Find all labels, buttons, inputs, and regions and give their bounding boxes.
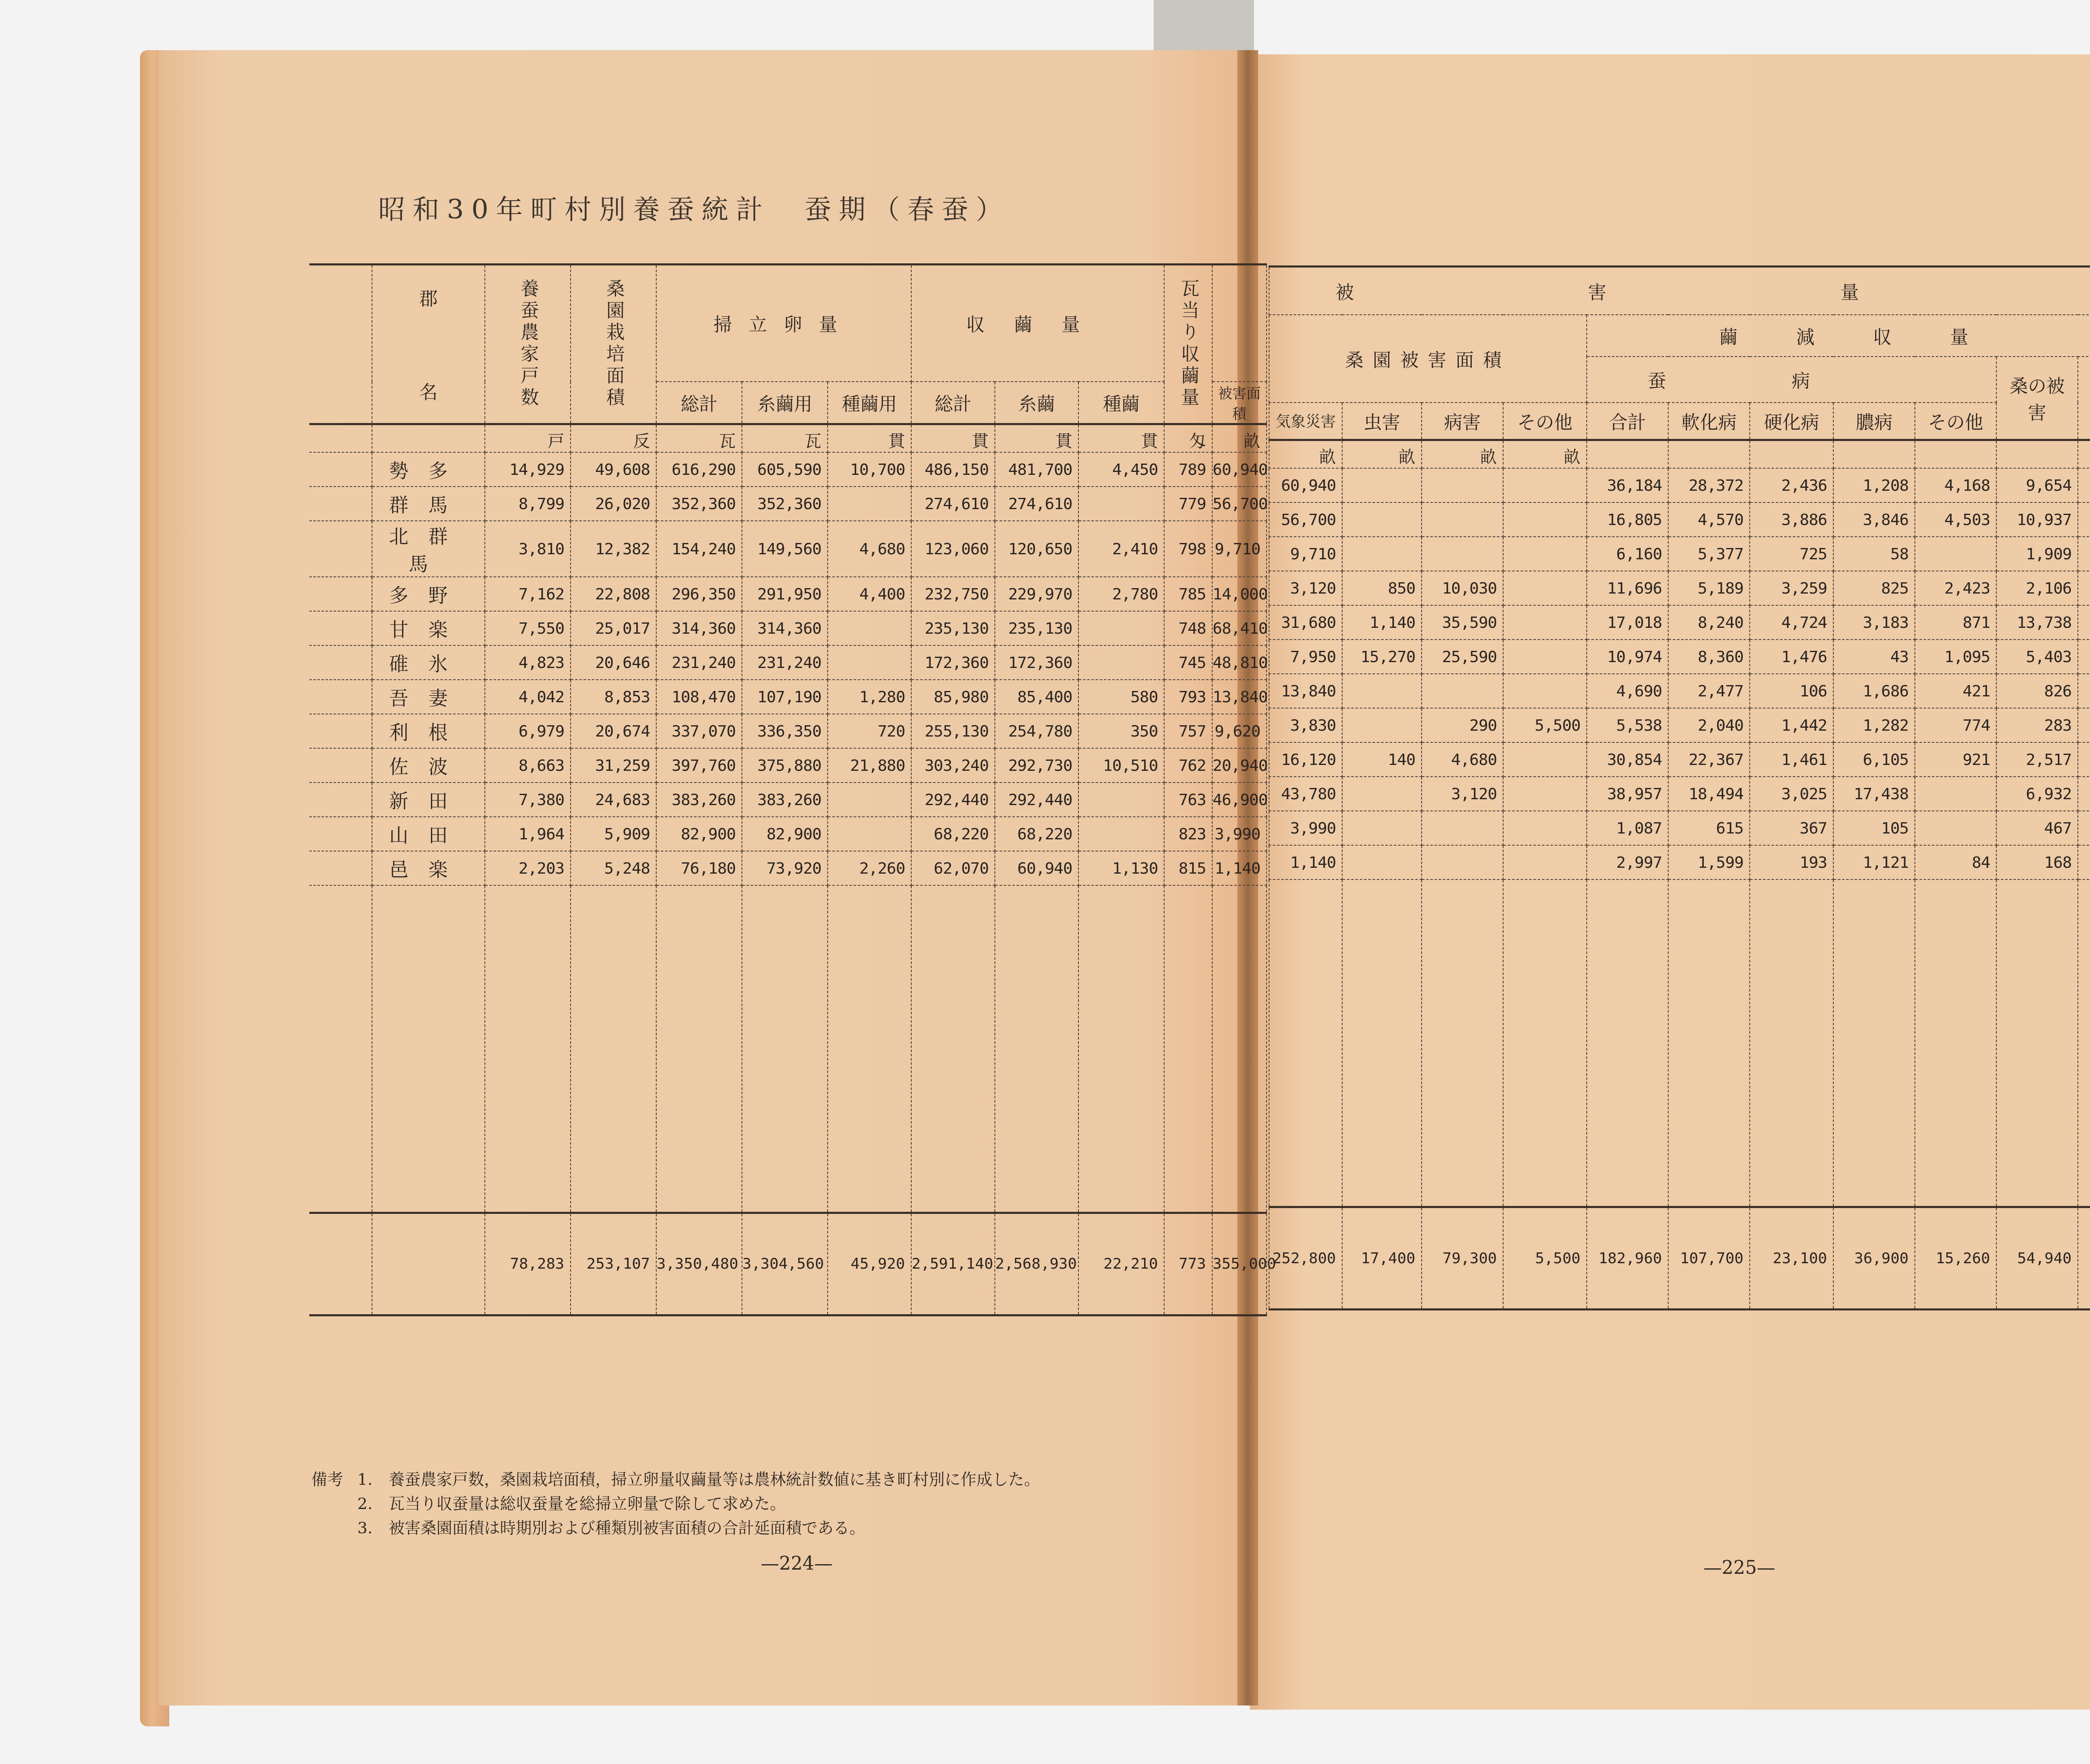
cell-value: 850	[1342, 571, 1422, 605]
header-egg-seed: 種繭用	[828, 382, 911, 424]
cell-value: 3,120	[1422, 777, 1503, 811]
units-row: 畝 畝 畝 畝	[1269, 440, 2090, 469]
cell-value: 763	[1164, 783, 1212, 817]
cell-value: 2,040	[1668, 708, 1750, 742]
unit: 貫	[1078, 424, 1164, 452]
cell-value: 22,808	[571, 577, 656, 611]
cell-value: 18,494	[1668, 777, 1750, 811]
cell-value: 1,140	[1342, 605, 1422, 640]
cell-value: 748	[1164, 611, 1212, 645]
cell-value: 60,940	[1269, 468, 1342, 502]
cell-value: 68,410	[1212, 611, 1267, 645]
footnote-1: 備考 1. 養蚕農家戸数，桑園栽培面積，掃立卵量収繭量等は農林統計数値に基き町村…	[311, 1467, 1040, 1491]
cell-value	[1503, 640, 1587, 674]
cell-value: 13,840	[1212, 680, 1267, 714]
cell-value: 27,742	[2078, 502, 2090, 537]
cell-value: 7,162	[485, 577, 571, 611]
cell-value	[1422, 502, 1503, 537]
table-row: 3,9901,0876153671054671,554	[1269, 811, 2090, 845]
cell-value: 45,838	[2078, 468, 2090, 502]
cell-value: 826	[1996, 674, 2078, 708]
cell-value: 352,360	[656, 487, 742, 521]
cell-value	[1422, 674, 1503, 708]
cell-value	[1915, 537, 1996, 571]
cell-value	[1915, 811, 1996, 845]
cell-value	[1078, 817, 1164, 851]
cell-value: 4,724	[1750, 605, 1833, 640]
district-name: 碓氷	[372, 645, 485, 680]
cell-value	[1503, 674, 1587, 708]
district-name: 利根	[372, 714, 485, 748]
unit: 畝	[1269, 440, 1342, 469]
table-row: 9,7106,1605,377725581,9098,069	[1269, 537, 2090, 571]
cell-value: 1,476	[1750, 640, 1833, 674]
cell-value: 193	[1750, 845, 1833, 879]
cell-value: 16,120	[1269, 742, 1342, 777]
cell-value: 16,377	[2078, 640, 2090, 674]
cell-value: 76,180	[656, 851, 742, 885]
cell-value	[1503, 502, 1587, 537]
cell-value: 10,030	[1422, 571, 1503, 605]
cell-value: 815	[1164, 851, 1212, 885]
cell-value	[1078, 611, 1164, 645]
cell-value: 85,400	[995, 680, 1078, 714]
cell-value: 292,730	[995, 748, 1078, 783]
table-row: 邑楽2,2035,24876,18073,9202,26062,07060,94…	[309, 851, 1267, 885]
header-insect-damage: 虫害	[1342, 403, 1422, 440]
cell-value: 11,696	[1587, 571, 1668, 605]
cell-value: 254,780	[995, 714, 1078, 748]
cell-value	[1342, 811, 1422, 845]
table-row: 3,8302905,5005,5382,0401,4421,2827742835…	[1269, 708, 2090, 742]
footnotes: 備考 1. 養蚕農家戸数，桑園栽培面積，掃立卵量収繭量等は農林統計数値に基き町村…	[311, 1467, 1040, 1540]
header-total: 計	[2078, 357, 2090, 440]
cell-value: 1,442	[1750, 708, 1833, 742]
cell-value	[1422, 537, 1503, 571]
cell-value: 274,610	[995, 487, 1078, 521]
cell-value: 336,350	[742, 714, 828, 748]
table-row: 碓氷4,82320,646231,240231,240172,360172,36…	[309, 645, 1267, 680]
cell-value: 82,900	[742, 817, 828, 851]
cell-value: 3,990	[1212, 817, 1267, 851]
cell-value	[1503, 811, 1587, 845]
header-yield-per-box: 瓦当り収繭量	[1164, 265, 1212, 424]
cell-value: 779	[1164, 487, 1212, 521]
cell-value: 235,130	[911, 611, 995, 645]
cell-value: 12,382	[571, 521, 656, 577]
cell-value: 231,240	[656, 645, 742, 680]
cell-value: 283	[1996, 708, 2078, 742]
total-value: 2,568,930	[995, 1213, 1078, 1315]
cell-value: 3,183	[1833, 605, 1915, 640]
cell-value: 4,680	[1422, 742, 1503, 777]
footnote-text: 被害桑園面積は時期別および種類別被害面積の合計延面積である。	[389, 1516, 865, 1540]
cell-value: 60,940	[995, 851, 1078, 885]
cell-value	[1422, 468, 1503, 502]
cell-value: 292,440	[911, 783, 995, 817]
cell-value: 5,403	[1996, 640, 2078, 674]
cell-value	[1503, 777, 1587, 811]
cell-value: 1,121	[1833, 845, 1915, 879]
cell-value: 4,823	[485, 645, 571, 680]
cell-value: 13,802	[2078, 571, 2090, 605]
cell-value: 1,686	[1833, 674, 1915, 708]
header-damage-blank	[1212, 265, 1267, 382]
cell-value: 5,500	[1503, 708, 1587, 742]
cell-value: 6,932	[1996, 777, 2078, 811]
header-flacherie: 軟化病	[1668, 403, 1750, 440]
cell-value: 1,282	[1833, 708, 1915, 742]
cell-value: 8,853	[571, 680, 656, 714]
cell-value: 4,570	[1668, 502, 1750, 537]
unit: 畝	[1422, 440, 1503, 469]
cell-value: 5,516	[2078, 674, 2090, 708]
cell-value: 17,018	[1587, 605, 1668, 640]
cell-value: 15,270	[1342, 640, 1422, 674]
cell-value: 3,886	[1750, 502, 1833, 537]
cell-value: 8,069	[2078, 537, 2090, 571]
cell-value: 10,510	[1078, 748, 1164, 783]
cell-value: 350	[1078, 714, 1164, 748]
cell-value: 48,810	[1212, 645, 1267, 680]
cell-value	[1078, 645, 1164, 680]
cell-value: 8,360	[1668, 640, 1750, 674]
page-number-right: —225—	[1703, 1557, 1775, 1578]
table-row: 13,8404,6902,4771061,6864218265,516	[1269, 674, 2090, 708]
cell-value	[1422, 845, 1503, 879]
cell-value	[1503, 468, 1587, 502]
cell-value	[828, 783, 911, 817]
cell-value: 314,360	[742, 611, 828, 645]
cell-value: 30,854	[1587, 742, 1668, 777]
cell-value: 14,000	[1212, 577, 1267, 611]
cell-value: 43,780	[1269, 777, 1342, 811]
table-row: 16,1201404,68030,85422,3671,4616,1059212…	[1269, 742, 2090, 777]
right-statistics-table: 被害量 収繭基準瓦当り量 桑園被害面積 繭減収量 蚕病 桑の被害 計 気象災害 …	[1269, 265, 2090, 1310]
cell-value: 4,042	[485, 680, 571, 714]
total-value: 15,260	[1915, 1207, 1996, 1310]
cell-value: 46,900	[1212, 783, 1267, 817]
cell-value: 25,017	[571, 611, 656, 645]
footnote-text: 養蚕農家戸数，桑園栽培面積，掃立卵量収繭量等は農林統計数値に基き町村別に作成した…	[389, 1467, 1040, 1491]
cell-value: 105	[1833, 811, 1915, 845]
table-row: 勢多14,92949,608616,290605,59010,700486,15…	[309, 452, 1267, 487]
table-row: 甘楽7,55025,017314,360314,360235,130235,13…	[309, 611, 1267, 645]
cell-value: 5,248	[571, 851, 656, 885]
cell-value: 45,889	[2078, 777, 2090, 811]
district-name: 勢多	[372, 452, 485, 487]
cell-value: 5,538	[1587, 708, 1668, 742]
page-number-left: —224—	[761, 1553, 833, 1574]
header-egg-silk: 糸繭用	[742, 382, 828, 424]
cell-value: 274,610	[911, 487, 995, 521]
cell-value: 290	[1422, 708, 1503, 742]
cell-value: 3,165	[2078, 845, 2090, 879]
cell-value: 60,940	[1212, 452, 1267, 487]
cell-value: 421	[1915, 674, 1996, 708]
cell-value: 762	[1164, 748, 1212, 783]
cell-value	[828, 611, 911, 645]
footnote-label: 備考	[311, 1467, 357, 1491]
cell-value: 68,220	[995, 817, 1078, 851]
cell-value: 5,821	[2078, 708, 2090, 742]
cell-value: 229,970	[995, 577, 1078, 611]
cell-value: 1,130	[1078, 851, 1164, 885]
unit: 貫	[911, 424, 995, 452]
cell-value: 1,208	[1833, 468, 1915, 502]
cell-value: 291,950	[742, 577, 828, 611]
cell-value: 4,400	[828, 577, 911, 611]
footnote-2: 2. 瓦当り収蚕量は総収蚕量を総掃立卵量で除して求めた。	[311, 1491, 1040, 1516]
units-row: 戸 反 瓦 瓦 貫 貫 貫 貫 匁 畝	[309, 424, 1267, 452]
table-row: 7,95015,27025,59010,9748,3601,476431,095…	[1269, 640, 2090, 674]
cell-value: 8,799	[485, 487, 571, 521]
cell-value: 35,590	[1422, 605, 1503, 640]
cell-value: 1,964	[485, 817, 571, 851]
cell-value: 120,650	[995, 521, 1078, 577]
cell-value: 231,240	[742, 645, 828, 680]
cell-value: 823	[1164, 817, 1212, 851]
header-mulberry-damage: 桑の被害	[1996, 357, 2078, 440]
district-name: 甘楽	[372, 611, 485, 645]
cell-value	[1342, 845, 1422, 879]
cell-value	[828, 487, 911, 521]
cell-value: 296,350	[656, 577, 742, 611]
district-name: 群馬	[372, 487, 485, 521]
cell-value: 292,440	[995, 783, 1078, 817]
table-row: 山田1,9645,90982,90082,90068,22068,2208233…	[309, 817, 1267, 851]
cell-value: 154,240	[656, 521, 742, 577]
cell-value: 3,830	[1269, 708, 1342, 742]
cell-value: 30,756	[2078, 605, 2090, 640]
cell-value: 172,360	[911, 645, 995, 680]
cell-value: 337,070	[656, 714, 742, 748]
cell-value: 235,130	[995, 611, 1078, 645]
header-egg-total: 総計	[656, 382, 742, 424]
cell-value: 8,240	[1668, 605, 1750, 640]
cell-value: 6,105	[1833, 742, 1915, 777]
cell-value: 2,780	[1078, 577, 1164, 611]
table-row: 群馬8,79926,020352,360352,360274,610274,61…	[309, 487, 1267, 521]
district-name: 山田	[372, 817, 485, 851]
header-cocoon-silk: 糸繭	[995, 382, 1078, 424]
cell-value	[1342, 468, 1422, 502]
unit: 貫	[995, 424, 1078, 452]
table-row: 新田7,38024,683383,260383,260292,440292,44…	[309, 783, 1267, 817]
cell-value: 5,189	[1668, 571, 1750, 605]
header-grasserie: 膿病	[1833, 403, 1915, 440]
cell-value: 31,680	[1269, 605, 1342, 640]
unit: 瓦	[656, 424, 742, 452]
cell-value: 56,700	[1269, 502, 1342, 537]
cell-value: 383,260	[656, 783, 742, 817]
cell-value: 3,846	[1833, 502, 1915, 537]
cell-value: 3,025	[1750, 777, 1833, 811]
cell-value: 20,646	[571, 645, 656, 680]
cell-value: 33,371	[2078, 742, 2090, 777]
cell-value: 22,367	[1668, 742, 1750, 777]
cell-value: 20,940	[1212, 748, 1267, 783]
left-margin-cell	[309, 265, 372, 424]
header-disease-group: 蚕病	[1587, 357, 1996, 403]
cell-value: 486,150	[911, 452, 995, 487]
district-name: 北群馬	[372, 521, 485, 577]
unit: 畝	[1342, 440, 1422, 469]
total-value: 23,100	[1750, 1207, 1833, 1310]
cell-value	[1078, 783, 1164, 817]
header-cocoon-seed: 種繭	[1078, 382, 1164, 424]
cell-value: 785	[1164, 577, 1212, 611]
cell-value: 9,710	[1269, 537, 1342, 571]
district-name: 新田	[372, 783, 485, 817]
cell-value: 793	[1164, 680, 1212, 714]
header-damage-area: 被害面積	[1212, 382, 1267, 424]
unit: 貫	[828, 424, 911, 452]
total-value: 252,800	[1269, 1207, 1342, 1310]
header-district-top: 郡	[372, 284, 484, 311]
total-value: 253,107	[571, 1213, 656, 1315]
cell-value: 85,980	[911, 680, 995, 714]
table-row: 1,1402,9971,5991931,121841683,165	[1269, 845, 2090, 879]
cell-value: 25,590	[1422, 640, 1503, 674]
cell-value	[1503, 742, 1587, 777]
cell-value: 375,880	[742, 748, 828, 783]
cell-value: 1,599	[1668, 845, 1750, 879]
cell-value: 172,360	[995, 645, 1078, 680]
cell-value: 4,503	[1915, 502, 1996, 537]
header-households: 養蚕農家戸数	[485, 265, 571, 424]
scanner-background	[1154, 0, 1254, 59]
total-value: 54,940	[1996, 1207, 2078, 1310]
left-statistics-table: 郡 名 養蚕農家戸数 桑園栽培面積 掃立卵量 収繭量 瓦当り収繭量 総計 糸繭用…	[309, 263, 1267, 1316]
cell-value: 2,106	[1996, 571, 2078, 605]
cell-value: 4,680	[828, 521, 911, 577]
cell-value: 123,060	[911, 521, 995, 577]
cell-value	[1503, 537, 1587, 571]
cell-value: 9,654	[1996, 468, 2078, 502]
cell-value: 2,436	[1750, 468, 1833, 502]
cell-value: 4,450	[1078, 452, 1164, 487]
cell-value: 149,560	[742, 521, 828, 577]
totals-row: 78,283253,1073,350,4803,304,56045,9202,5…	[309, 1213, 1267, 1315]
footnote-3: 3. 被害桑園面積は時期別および種類別被害面積の合計延面積である。	[311, 1516, 1040, 1540]
footnote-text: 瓦当り収蚕量は総収蚕量を総掃立卵量で除して求めた。	[389, 1491, 786, 1516]
cell-value: 2,517	[1996, 742, 2078, 777]
cell-value: 14,929	[485, 452, 571, 487]
cell-value: 615	[1668, 811, 1750, 845]
cell-value: 383,260	[742, 783, 828, 817]
cell-value: 26,020	[571, 487, 656, 521]
cell-value: 1,554	[2078, 811, 2090, 845]
unit: 畝	[1503, 440, 1587, 469]
cell-value: 367	[1750, 811, 1833, 845]
cell-value: 314,360	[656, 611, 742, 645]
total-value: 45,920	[828, 1213, 911, 1315]
total-value: 36,900	[1833, 1207, 1915, 1310]
cell-value	[1503, 571, 1587, 605]
cell-value: 2,410	[1078, 521, 1164, 577]
cell-value: 9,710	[1212, 521, 1267, 577]
unit: 戸	[485, 424, 571, 452]
cell-value: 1,909	[1996, 537, 2078, 571]
cell-value: 1,140	[1269, 845, 1342, 879]
cell-value: 616,290	[656, 452, 742, 487]
district-name: 佐波	[372, 748, 485, 783]
cell-value: 5,377	[1668, 537, 1750, 571]
cell-value: 481,700	[995, 452, 1078, 487]
total-value: 3,350,480	[656, 1213, 742, 1315]
cell-value: 745	[1164, 645, 1212, 680]
table-row: 利根6,97920,674337,070336,350720255,130254…	[309, 714, 1267, 748]
header-weather-damage: 気象災害	[1269, 403, 1342, 440]
district-name: 邑楽	[372, 851, 485, 885]
header-cocoon-group: 収繭量	[911, 265, 1164, 382]
cell-value: 467	[1996, 811, 2078, 845]
cell-value: 352,360	[742, 487, 828, 521]
total-value: 355,000	[1212, 1213, 1267, 1315]
table-row: 佐波8,66331,259397,760375,88021,880303,240…	[309, 748, 1267, 783]
cell-value: 7,550	[485, 611, 571, 645]
cell-value: 5,909	[571, 817, 656, 851]
cell-value: 2,997	[1587, 845, 1668, 879]
cell-value: 6,979	[485, 714, 571, 748]
cell-value: 1,087	[1587, 811, 1668, 845]
table-row: 56,70016,8054,5703,8863,8464,50310,93727…	[1269, 502, 2090, 537]
cell-value: 871	[1915, 605, 1996, 640]
unit: 反	[571, 424, 656, 452]
cell-value: 255,130	[911, 714, 995, 748]
cell-value: 798	[1164, 521, 1212, 577]
cell-value	[1915, 777, 1996, 811]
cell-value	[828, 645, 911, 680]
header-disease-total: 合計	[1587, 403, 1668, 440]
cell-value: 1,140	[1212, 851, 1267, 885]
cell-value: 10,937	[1996, 502, 2078, 537]
table-row: 吾妻4,0428,853108,470107,1901,28085,98085,…	[309, 680, 1267, 714]
cell-value	[1342, 537, 1422, 571]
cell-value: 58	[1833, 537, 1915, 571]
cell-value: 774	[1915, 708, 1996, 742]
cell-value: 921	[1915, 742, 1996, 777]
total-value: 17,400	[1342, 1207, 1422, 1310]
table-row: 多野7,16222,808296,350291,9504,400232,7502…	[309, 577, 1267, 611]
cell-value: 1,461	[1750, 742, 1833, 777]
cell-value: 84	[1915, 845, 1996, 879]
header-loss-group: 繭減収量	[1587, 315, 2090, 357]
cell-value: 2,203	[485, 851, 571, 885]
cell-value: 605,590	[742, 452, 828, 487]
cell-value: 28,372	[1668, 468, 1750, 502]
cell-value	[1078, 487, 1164, 521]
cell-value: 73,920	[742, 851, 828, 885]
total-value: 22,210	[1078, 1213, 1164, 1315]
cell-value: 56,700	[1212, 487, 1267, 521]
cell-value: 9,620	[1212, 714, 1267, 748]
district-name: 吾妻	[372, 680, 485, 714]
header-cocoon-total: 総計	[911, 382, 995, 424]
table-row: 43,7803,12038,95718,4943,02517,4386,9324…	[1269, 777, 2090, 811]
cell-value: 757	[1164, 714, 1212, 748]
cell-value: 580	[1078, 680, 1164, 714]
cell-value: 3,259	[1750, 571, 1833, 605]
cell-value: 10,700	[828, 452, 911, 487]
cell-value	[1422, 811, 1503, 845]
cell-value: 720	[828, 714, 911, 748]
cell-value: 106	[1750, 674, 1833, 708]
header-damage-top: 被害量	[1269, 267, 2090, 315]
cell-value: 303,240	[911, 748, 995, 783]
cell-value: 108,470	[656, 680, 742, 714]
